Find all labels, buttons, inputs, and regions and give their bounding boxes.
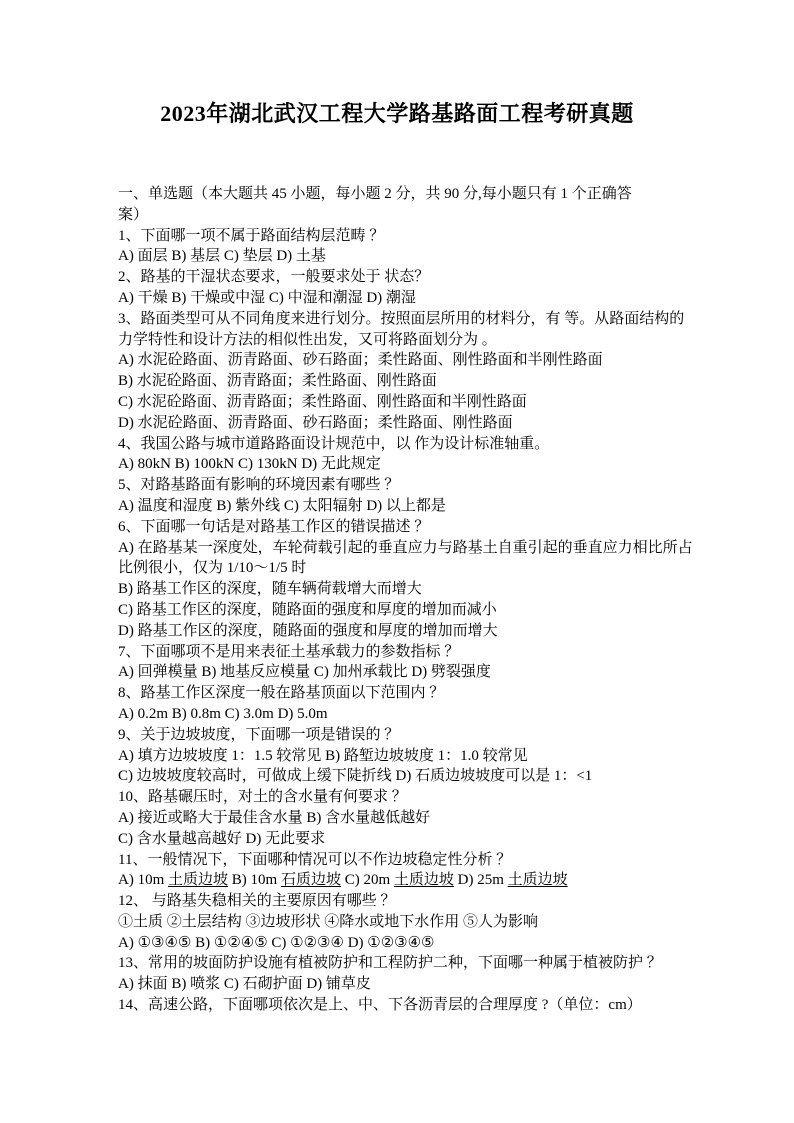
question-7-options: A) 回弹模量 B) 地基反应模量 C) 加州承载比 D) 劈裂强度 — [118, 662, 698, 683]
exam-body: 一、单选题（本大题共 45 小题，每小题 2 分，共 90 分,每小题只有 1 … — [118, 184, 698, 1016]
question-13-options: A) 抹面 B) 喷浆 C) 石砌护面 D) 铺草皮 — [118, 974, 698, 995]
question-2-stem: 2、路基的干湿状态要求，一般要求处于 状态？ — [118, 267, 698, 288]
question-1-options: A) 面层 B) 基层 C) 垫层 D) 土基 — [118, 246, 698, 267]
question-10-options-cd: C) 含水量越高越好 D) 无此要求 — [118, 829, 698, 850]
question-12-items: ①土质 ②土层结构 ③边坡形状 ④降水或地下水作用 ⑤人为影响 — [118, 912, 698, 933]
question-2-options: A) 干燥 B) 干燥或中湿 C) 中湿和潮湿 D) 潮湿 — [118, 288, 698, 309]
page-title: 2023年湖北武汉工程大学路基路面工程考研真题 — [0, 100, 794, 127]
question-3-option-c: C) 水泥砼路面、沥青路面；柔性路面、刚性路面和半刚性路面 — [118, 392, 698, 413]
question-5-options: A) 温度和湿度 B) 紫外线 C) 太阳辐射 D) 以上都是 — [118, 496, 698, 517]
question-10-stem: 10、路基碾压时，对土的含水量有何要求 ？ — [118, 787, 698, 808]
question-8-options: A) 0.2m B) 0.8m C) 3.0m D) 5.0m — [118, 704, 698, 725]
question-5-stem: 5、对路基路面有影响的环境因素有哪些 ？ — [118, 475, 698, 496]
question-9-options-ab: A) 填方边坡坡度 1：1.5 较常见 B) 路堑边坡坡度 1：1.0 较常见 — [118, 746, 698, 767]
question-1-stem: 1、下面哪一项不属于路面结构层范畴 ？ — [118, 226, 698, 247]
section-header-line-1: 一、单选题（本大题共 45 小题，每小题 2 分，共 90 分,每小题只有 1 … — [118, 184, 698, 205]
question-3-option-a: A) 水泥砼路面、沥青路面、砂石路面；柔性路面、刚性路面和半刚性路面 — [118, 350, 698, 371]
question-6-option-c: C) 路基工作区的深度，随路面的强度和厚度的增加而减小 — [118, 600, 698, 621]
question-6-option-b: B) 路基工作区的深度，随车辆荷载增大而增大 — [118, 579, 698, 600]
question-3-stem-line-2: 力学特性和设计方法的相似性出发，又可将路面划分为 。 — [118, 330, 698, 351]
question-11-options: A) 10m 土质边坡 B) 10m 石质边坡 C) 20m 土质边坡 D) 2… — [118, 870, 698, 891]
section-header-line-2: 案） — [118, 205, 698, 226]
question-4-options: A) 80kN B) 100kN C) 130kN D) 无此规定 — [118, 454, 698, 475]
document-page: 2023年湖北武汉工程大学路基路面工程考研真题 一、单选题（本大题共 45 小题… — [0, 0, 794, 1123]
question-6-stem: 6、下面哪一句话是对路基工作区的错误描述 ？ — [118, 517, 698, 538]
question-12-options: A) ①③④⑤ B) ①②④⑤ C) ①②③④ D) ①②③④⑤ — [118, 933, 698, 954]
question-6-option-a-line-1: A) 在路基某一深度处，车轮荷载引起的垂直应力与路基土自重引起的垂直应力相比所占 — [118, 538, 698, 559]
question-14-stem: 14、高速公路，下面哪项依次是上、中、下各沥青层的合理厚度 ?（单位：cm） — [118, 995, 698, 1016]
question-8-stem: 8、路基工作区深度一般在路基顶面以下范围内 ？ — [118, 683, 698, 704]
question-12-stem: 12、 与路基失稳相关的主要原因有哪些 ？ — [118, 891, 698, 912]
question-9-options-cd: C) 边坡坡度较高时，可做成上缓下陡折线 D) 石质边坡坡度可以是 1：<1 — [118, 766, 698, 787]
question-7-stem: 7、下面哪项不是用来表征土基承载力的参数指标 ？ — [118, 642, 698, 663]
question-10-options-ab: A) 接近或略大于最佳含水量 B) 含水量越低越好 — [118, 808, 698, 829]
question-6-option-d: D) 路基工作区的深度，随路面的强度和厚度的增加而增大 — [118, 621, 698, 642]
question-9-stem: 9、关于边坡坡度，下面哪一项是错误的 ？ — [118, 725, 698, 746]
question-13-stem: 13、常用的坡面防护设施有植被防护和工程防护二种，下面哪一种属于植被防护 ？ — [118, 953, 698, 974]
question-3-option-b: B) 水泥砼路面、沥青路面；柔性路面、刚性路面 — [118, 371, 698, 392]
question-3-option-d: D) 水泥砼路面、沥青路面、砂石路面；柔性路面、刚性路面 — [118, 413, 698, 434]
question-11-stem: 11、一般情况下，下面哪种情况可以不作边坡稳定性分析 ？ — [118, 850, 698, 871]
question-6-option-a-line-2: 比例很小，仅为 1/10～1/5 时 — [118, 558, 698, 579]
question-3-stem-line-1: 3、路面类型可从不同角度来进行划分。按照面层所用的材料分，有 等。从路面结构的 — [118, 309, 698, 330]
question-4-stem: 4、我国公路与城市道路路面设计规范中，以 作为设计标准轴重。 — [118, 434, 698, 455]
